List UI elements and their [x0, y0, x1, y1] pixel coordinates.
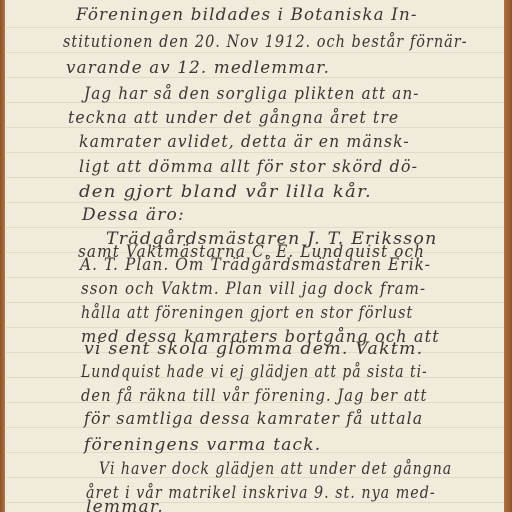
text-line-21: Vi haver dock glädjen att under det gång…	[99, 459, 452, 479]
text-line-6: kamrater avlidet, detta är en mänsk-	[79, 132, 410, 152]
text-line-7: ligt att dömma allt för stor skörd dö-	[79, 157, 418, 177]
text-line-1: Föreningen bildades i Botaniska In-	[76, 5, 418, 25]
ledger-page: Föreningen bildades i Botaniska In- stit…	[5, 0, 505, 512]
handwritten-text-block: Föreningen bildades i Botaniska In- stit…	[6, 0, 505, 512]
text-line-13: sson och Vaktm. Plan vill jag dock fram-	[81, 279, 426, 299]
text-line-8: den gjort bland vår lilla kår.	[79, 182, 372, 202]
text-line-16: vi sent skola glömma dem. Vaktm.	[84, 339, 423, 359]
text-line-20: föreningens varma tack.	[84, 435, 321, 455]
text-line-17: Lundquist hade vi ej glädjen att på sist…	[81, 362, 428, 382]
text-line-5: teckna att under det gångna året tre	[68, 108, 399, 128]
text-line-2: stitutionen den 20. Nov 1912. och består…	[63, 32, 468, 52]
text-line-23: lemmar.	[86, 497, 164, 512]
text-line-19: för samtliga dessa kamrater få uttala	[84, 409, 423, 429]
text-line-14: hålla att föreningen gjort en stor förlu…	[81, 303, 413, 323]
text-line-18: den få räkna till vår förening. Jag ber …	[81, 386, 427, 406]
cork-board-right-edge	[504, 0, 512, 512]
text-line-9: Dessa äro:	[82, 205, 185, 225]
text-line-4: Jag har så den sorgliga plikten att an-	[84, 84, 420, 104]
text-line-12: A. T. Plan. Om Trädgårdsmästaren Erik-	[80, 255, 431, 275]
text-line-3: varande av 12. medlemmar.	[66, 58, 330, 78]
